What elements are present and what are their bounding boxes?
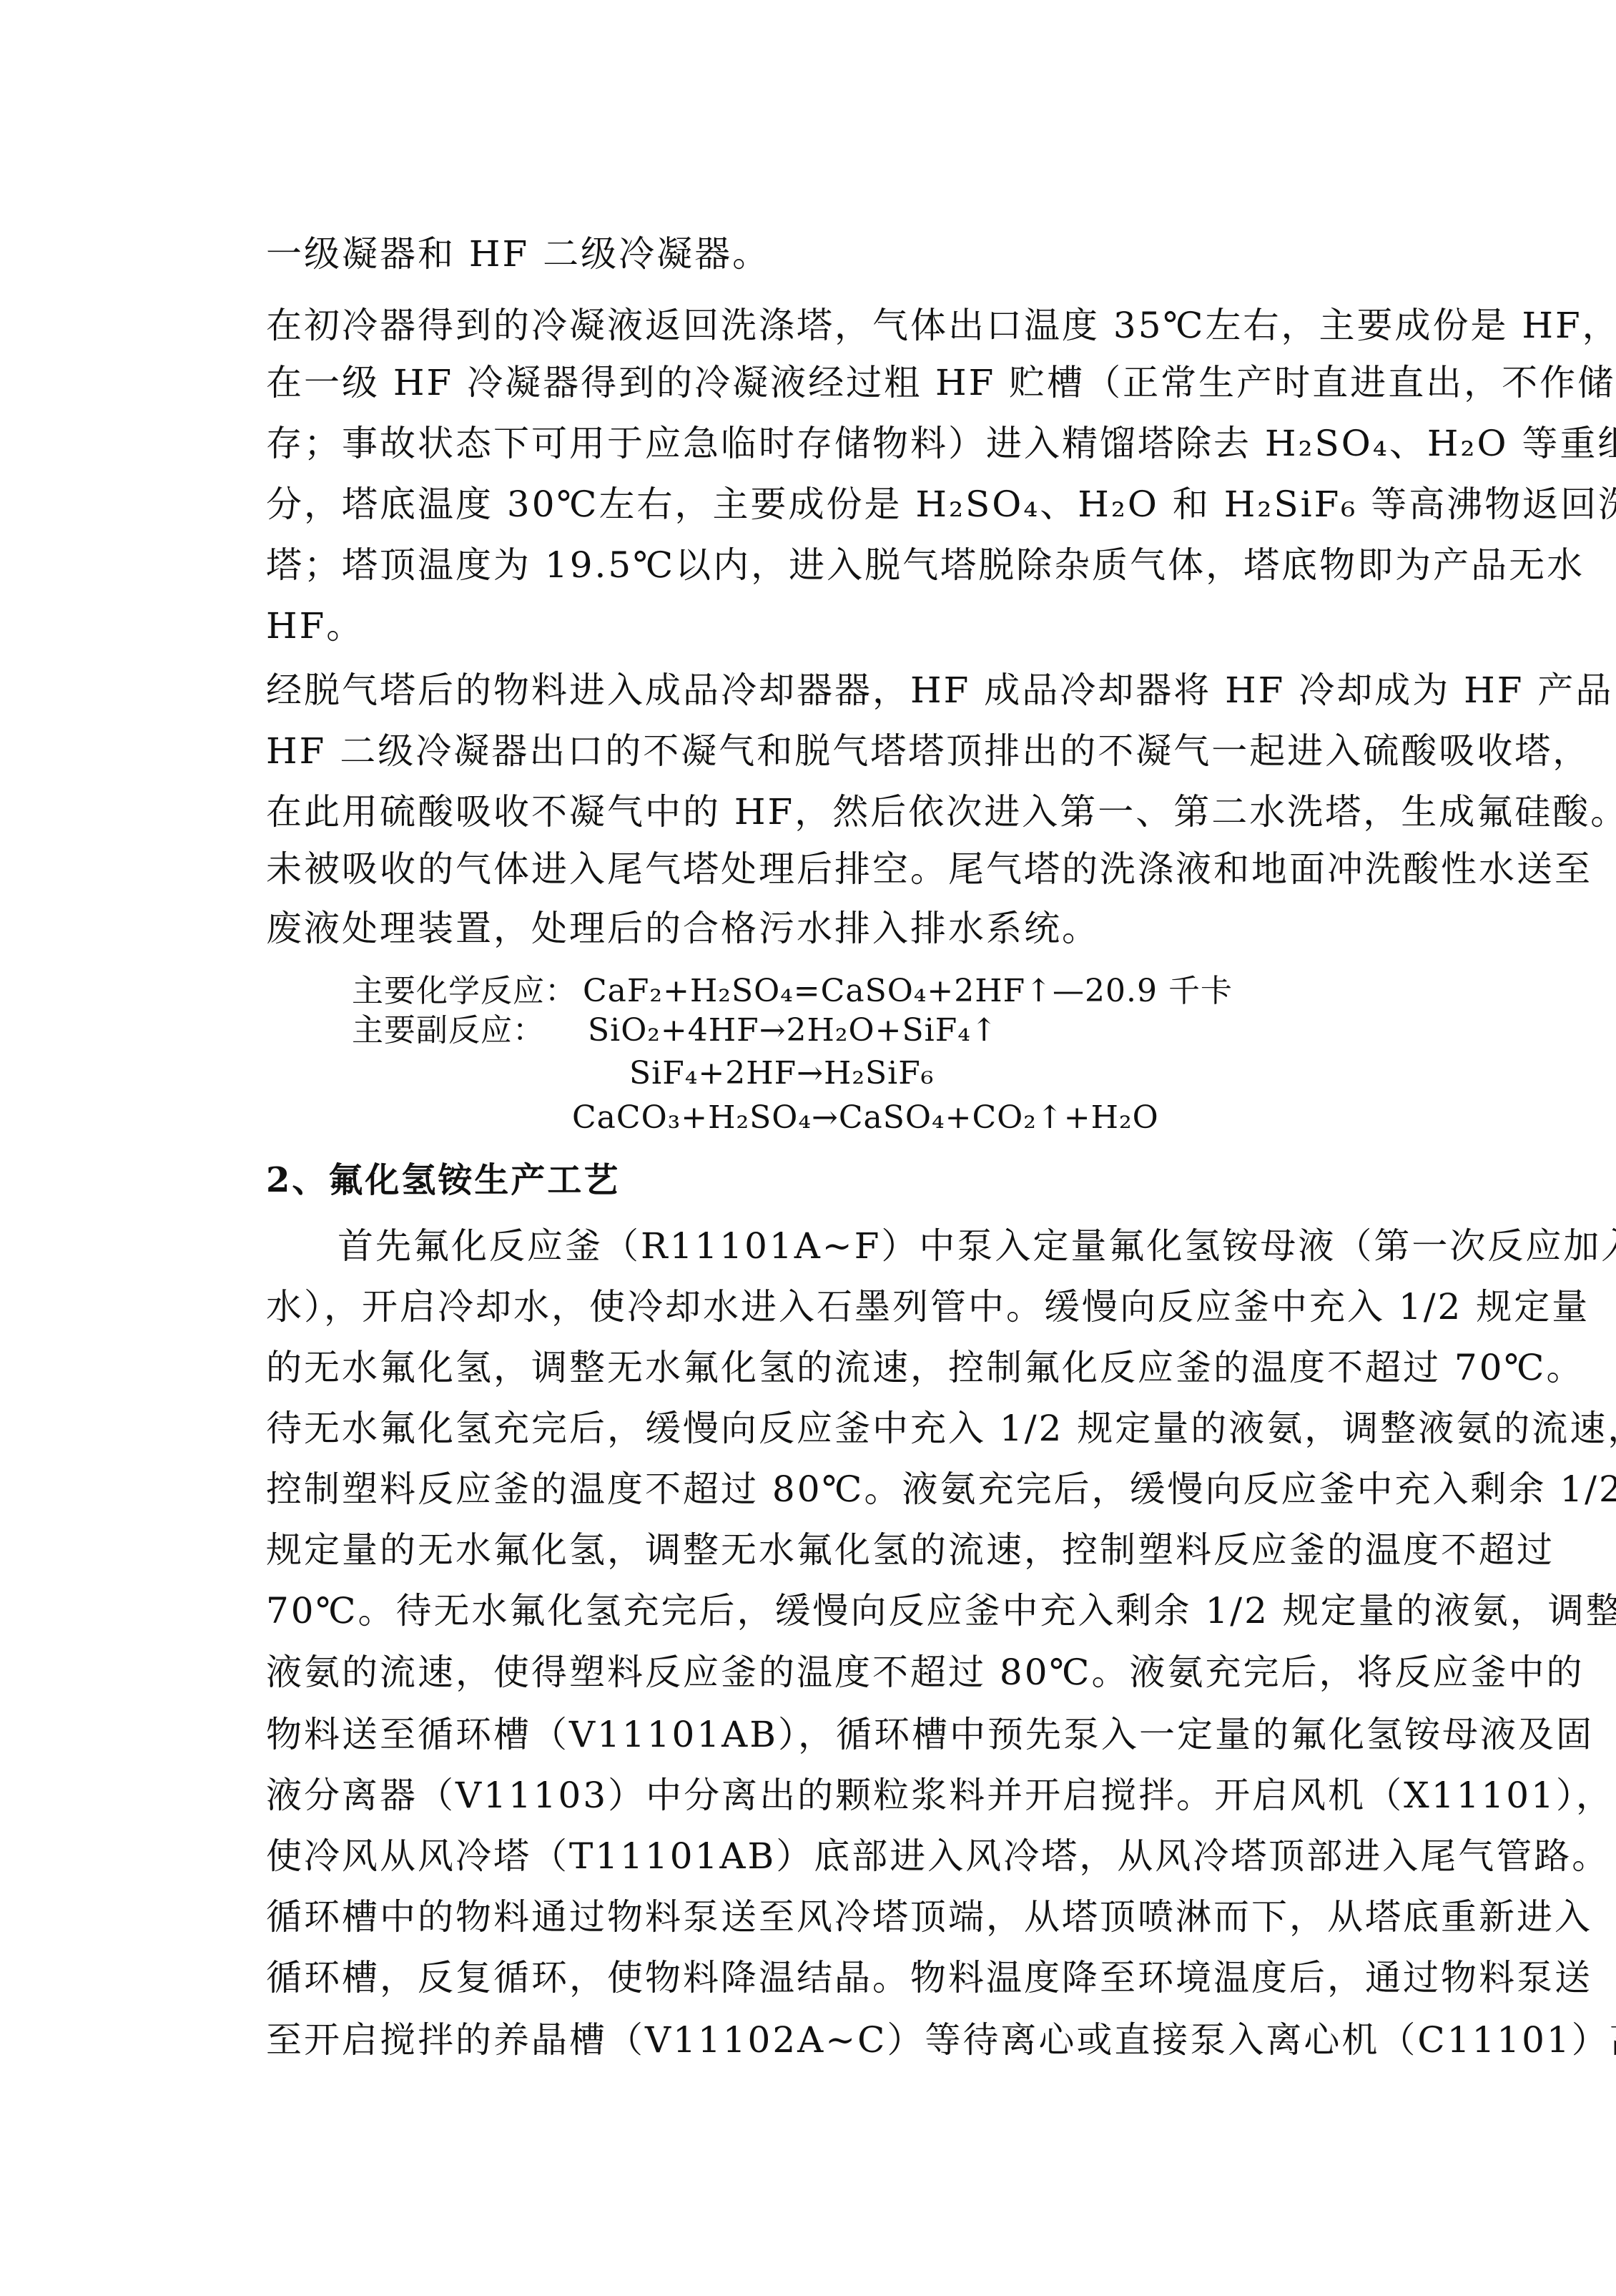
paragraph-line: 经脱气塔后的物料进入成品冷却器器，HF 成品冷却器将 HF 冷却成为 HF 产品… — [266, 669, 1381, 712]
paragraph-line: 未被吸收的气体进入尾气塔处理后排空。尾气塔的洗涤液和地面冲洗酸性水送至 — [266, 848, 1381, 891]
paragraph-line: 存；事故状态下可用于应急临时存储物料）进入精馏塔除去 H₂SO₄、H₂O 等重组 — [266, 422, 1381, 465]
paragraph-line: 首先氟化反应釜（R11101A~F）中泵入定量氟化氢铵母液（第一次反应加入 — [338, 1225, 1381, 1267]
paragraph-line: 至开启搅拌的养晶槽（V11102A~C）等待离心或直接泵入离心机（C11101）… — [266, 2018, 1381, 2061]
paragraph-line: 循环槽，反复循环，使物料降温结晶。物料温度降至环境温度后，通过物料泵送 — [266, 1956, 1381, 1999]
paragraph-line: 使冷风从风冷塔（T11101AB）底部进入风冷塔，从风冷塔顶部进入尾气管路。 — [266, 1835, 1381, 1878]
paragraph-line: 循环槽中的物料通过物料泵送至风冷塔顶端，从塔顶喷淋而下，从塔底重新进入 — [266, 1895, 1381, 1938]
paragraph-line: 塔；塔顶温度为 19.5℃以内，进入脱气塔脱除杂质气体，塔底物即为产品无水 — [266, 544, 1381, 587]
paragraph-line: 分，塔底温度 30℃左右，主要成份是 H₂SO₄、H₂O 和 H₂SiF₆ 等高… — [266, 483, 1381, 526]
paragraph-line: 水），开启冷却水，使冷却水进入石墨列管中。缓慢向反应釜中充入 1/2 规定量 — [266, 1285, 1381, 1328]
paragraph-line: 规定量的无水氟化氢，调整无水氟化氢的流速，控制塑料反应釜的温度不超过 — [266, 1529, 1381, 1571]
paragraph-line: 在初冷器得到的冷凝液返回洗涤塔，气体出口温度 35℃左右，主要成份是 HF， — [266, 304, 1381, 347]
paragraph-line: HF 二级冷凝器出口的不凝气和脱气塔塔顶排出的不凝气一起进入硫酸吸收塔， — [266, 730, 1381, 772]
side-reaction-equation: SiO₂+4HF→2H₂O+SiF₄↑ — [588, 1012, 998, 1049]
main-reaction-label: 主要化学反应： — [352, 973, 577, 1010]
paragraph-line: 物料送至循环槽（V11101AB），循环槽中预先泵入一定量的氟化氢铵母液及固 — [266, 1713, 1381, 1756]
document-page: 一级凝器和 HF 二级冷凝器。 在初冷器得到的冷凝液返回洗涤塔，气体出口温度 3… — [0, 0, 1616, 2296]
paragraph-line: 的无水氟化氢，调整无水氟化氢的流速，控制氟化反应釜的温度不超过 70℃。 — [266, 1346, 1381, 1389]
section-heading: 2、氟化氢铵生产工艺 — [266, 1159, 620, 1202]
paragraph-line: 在一级 HF 冷凝器得到的冷凝液经过粗 HF 贮槽（正常生产时直进直出，不作储 — [266, 361, 1381, 404]
side-reaction-equation: CaCO₃+H₂SO₄→CaSO₄+CO₂↑+H₂O — [572, 1099, 1159, 1137]
side-reaction-label: 主要副反应： — [352, 1012, 545, 1049]
paragraph-line: 一级凝器和 HF 二级冷凝器。 — [266, 232, 1381, 275]
main-reaction-equation: CaF₂+H₂SO₄=CaSO₄+2HF↑—20.9 千卡 — [583, 973, 1233, 1010]
paragraph-line: 70℃。待无水氟化氢充完后，缓慢向反应釜中充入剩余 1/2 规定量的液氨，调整 — [266, 1589, 1381, 1632]
paragraph-line: 待无水氟化氢充完后，缓慢向反应釜中充入 1/2 规定量的液氨，调整液氨的流速， — [266, 1407, 1381, 1450]
paragraph-line: 在此用硫酸吸收不凝气中的 HF，然后依次进入第一、第二水洗塔，生成氟硅酸。 — [266, 790, 1381, 833]
paragraph-line: 控制塑料反应釜的温度不超过 80℃。液氨充完后，缓慢向反应釜中充入剩余 1/2 — [266, 1468, 1381, 1511]
paragraph-line: 液分离器（V11103）中分离出的颗粒浆料并开启搅拌。开启风机（X11101）， — [266, 1774, 1381, 1817]
paragraph-line: 液氨的流速，使得塑料反应釜的温度不超过 80℃。液氨充完后，将反应釜中的 — [266, 1651, 1381, 1694]
side-reaction-equation: SiF₄+2HF→H₂SiF₆ — [629, 1055, 934, 1092]
paragraph-line: HF。 — [266, 604, 1381, 647]
paragraph-line: 废液处理装置，处理后的合格污水排入排水系统。 — [266, 907, 1381, 950]
